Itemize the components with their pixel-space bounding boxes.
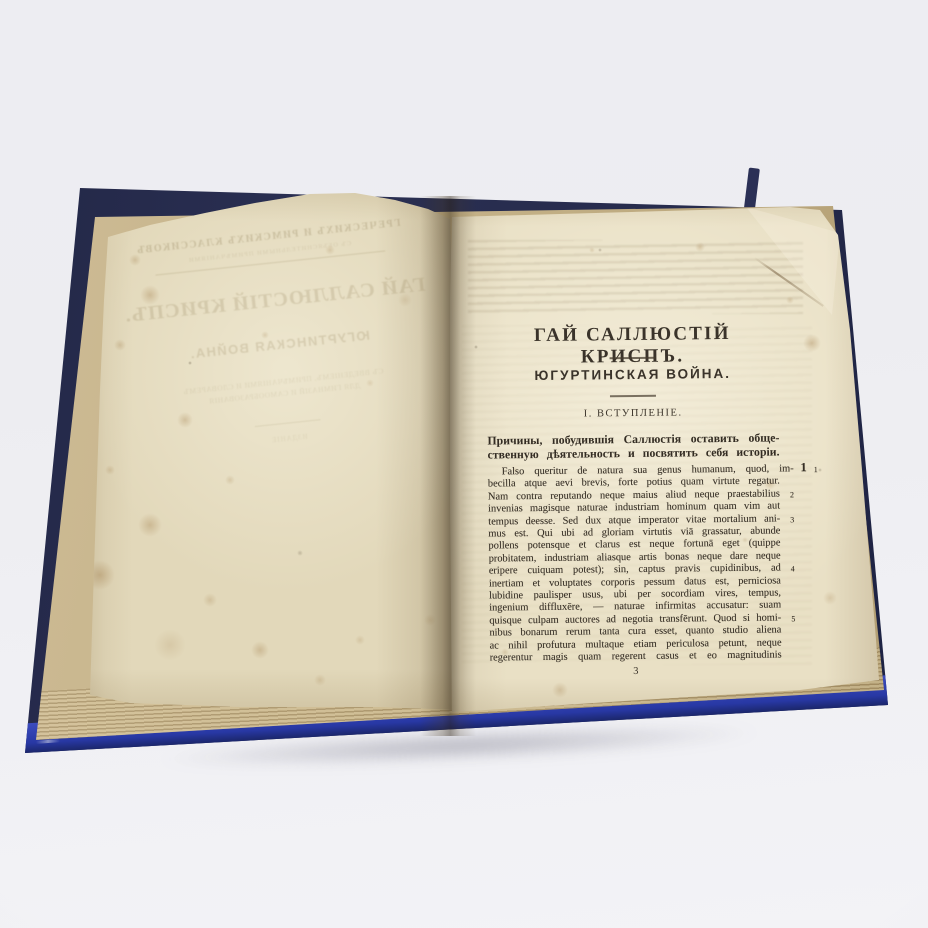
page-title: ГАЙ САЛЛЮСТІЙ КРИСПЪ. xyxy=(486,322,778,369)
ink-speck xyxy=(598,248,602,252)
ghost-title-page-bleedthrough: ГРЕЧЕСКИХЪ И РИМСКИХЪ КЛАССИКОВЪ СЪ ОБЪЯ… xyxy=(103,208,457,491)
foxing-spot xyxy=(424,614,436,626)
foxing-spot xyxy=(314,674,326,686)
section-heading: I. ВСТУПЛЕНІЕ. xyxy=(487,406,779,420)
section-number: 5 xyxy=(791,613,795,625)
foxing-spot xyxy=(138,513,162,537)
foxing-spot xyxy=(366,379,374,387)
foxing-spot xyxy=(398,293,412,307)
foxing-spot xyxy=(355,635,365,645)
foxing-spot xyxy=(261,331,269,339)
foxing-spot xyxy=(177,412,193,428)
foxing-spot xyxy=(225,475,235,485)
foxing-spot xyxy=(251,641,269,659)
page-subtitle: ЮГУРТИНСКАЯ ВОЙНА. xyxy=(487,365,779,383)
ghost-book-subtitle: ЮГУРТИНСКАЯ ВОЙНА. xyxy=(115,320,445,369)
photo-of-open-book: ГРЕЧЕСКИХЪ И РИМСКИХЪ КЛАССИКОВЪ СЪ ОБЪЯ… xyxy=(0,0,928,928)
section-number: 1 xyxy=(814,464,818,476)
foxing-spot xyxy=(203,593,217,607)
left-page: ГРЕЧЕСКИХЪ И РИМСКИХЪ КЛАССИКОВЪ СЪ ОБЪЯ… xyxy=(70,183,462,723)
foxing-spot xyxy=(695,242,705,252)
ink-speck xyxy=(474,345,478,349)
foxing-spot xyxy=(140,285,160,305)
chapter-number: 1 xyxy=(800,461,806,473)
latin-text-block: Falsoqueriturdenaturasuagenushumanum,quo… xyxy=(488,463,782,666)
foxing-spot xyxy=(823,591,837,605)
lead-paragraph-line: ственнуюдѣятельностьипосвятитьсебяисторі… xyxy=(487,444,779,462)
foxing-spot xyxy=(114,339,126,351)
ghost-book-title: ГАЙ САЛЛЮСТІЙ КРИСПЪ. xyxy=(110,272,441,329)
ghost-rule xyxy=(255,419,321,427)
ink-speck xyxy=(188,361,192,365)
section-number: 4 xyxy=(791,564,795,576)
foxing-spot xyxy=(803,334,821,352)
section-number: 2 xyxy=(790,489,794,501)
foxing-spot xyxy=(786,296,794,304)
divider-rule xyxy=(610,395,656,397)
latin-line: regerenturmagisquamregerentcasuseteomagn… xyxy=(490,649,782,664)
foxing-spot xyxy=(589,247,595,253)
foxing-spot xyxy=(105,465,115,475)
section-number: 3 xyxy=(790,514,794,526)
foxing-spot xyxy=(129,254,141,266)
ghost-imprint-line: ИЗДАНІЕ xyxy=(125,417,454,459)
page-number: 3 xyxy=(490,664,782,678)
foxing-spot xyxy=(325,245,335,255)
right-page-printed-content: ГАЙ САЛЛЮСТІЙ КРИСПЪ. ЮГУРТИНСКАЯ ВОЙНА.… xyxy=(486,298,782,691)
foxing-spot xyxy=(154,629,186,661)
ink-speck xyxy=(297,550,303,556)
ink-speck xyxy=(818,468,822,472)
